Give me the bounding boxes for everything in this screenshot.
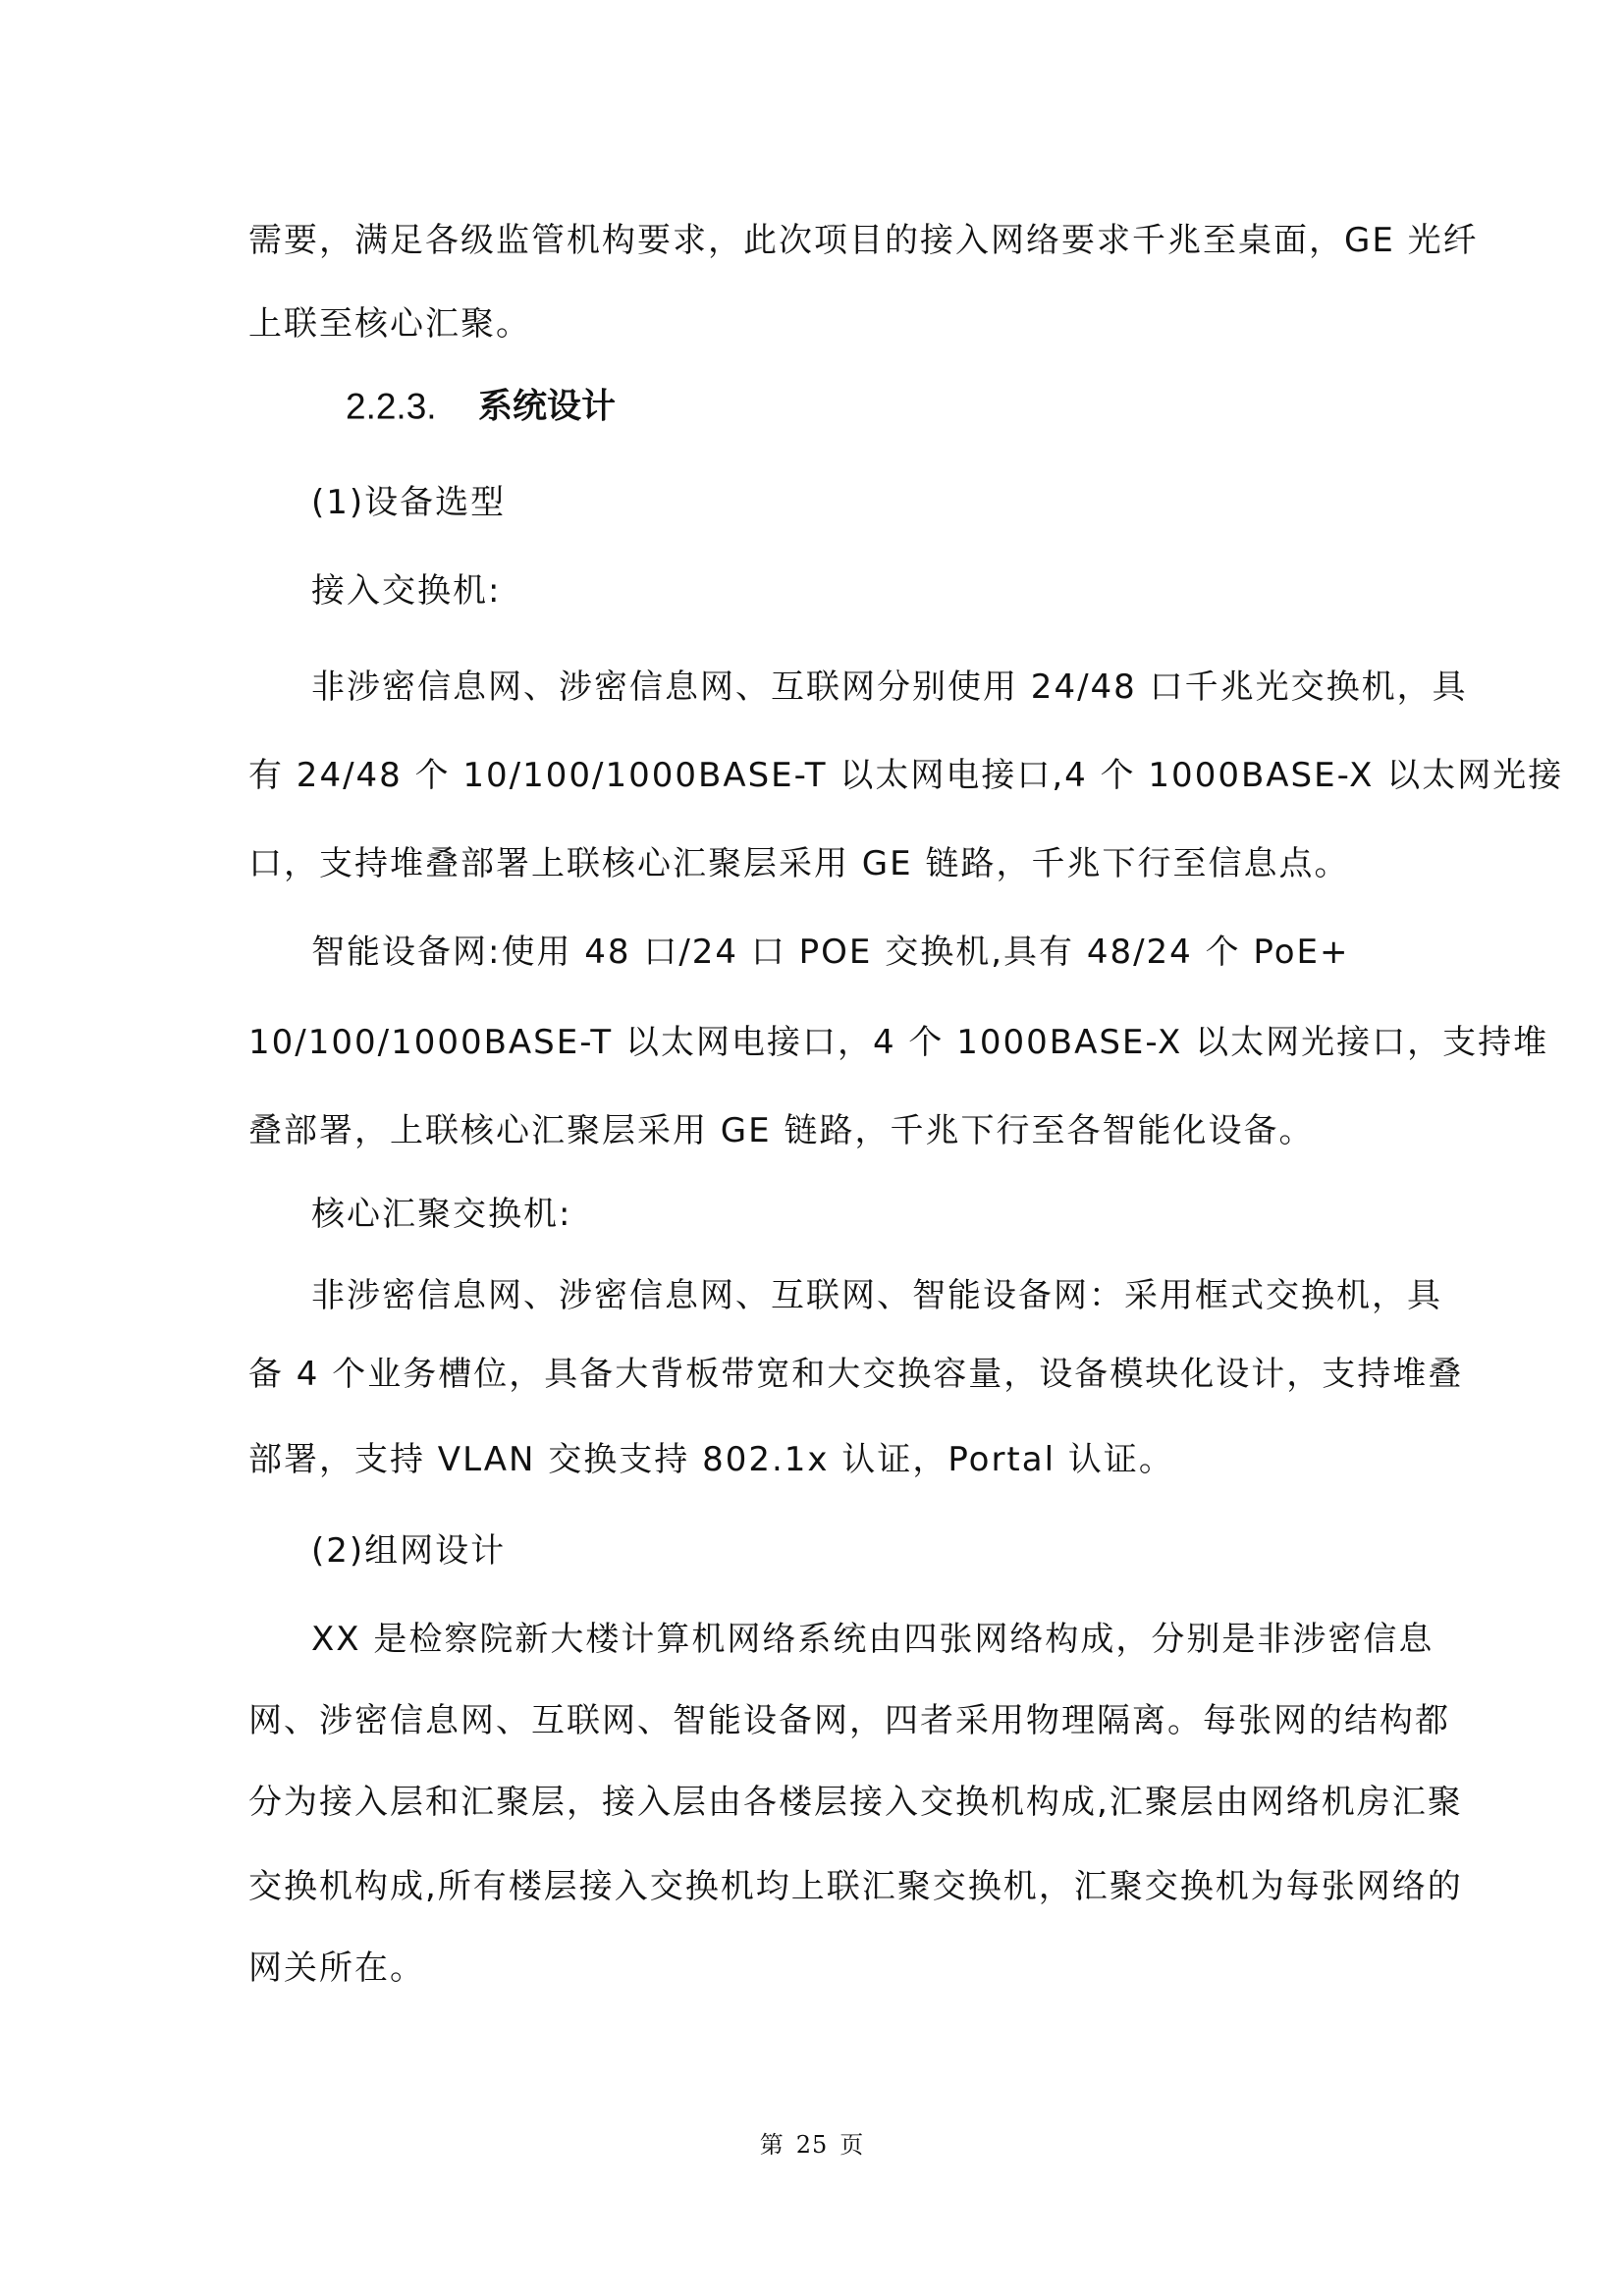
item-label: 接入交换机:	[311, 571, 501, 611]
body-line: 有 24/48 个 10/100/1000BASE-T 以太网电接口,4 个 1…	[248, 756, 1563, 795]
body-line: 10/100/1000BASE-T 以太网电接口，4 个 1000BASE-X …	[248, 1023, 1548, 1062]
body-line: 智能设备网:使用 48 口/24 口 POE 交换机,具有 48/24 个 Po…	[311, 933, 1350, 972]
body-line: 非涉密信息网、涉密信息网、互联网分别使用 24/48 口千兆光交换机，具	[311, 667, 1468, 707]
body-line: XX 是检察院新大楼计算机网络系统由四张网络构成，分别是非涉密信息	[311, 1620, 1434, 1659]
page-footer: 第25页	[754, 2130, 871, 2160]
page-number: 25	[796, 2131, 829, 2159]
body-line: 部署，支持 VLAN 交换支持 802.1x 认证，Portal 认证。	[248, 1440, 1174, 1479]
body-line: 上联至核心汇聚。	[248, 304, 531, 344]
page-suffix: 页	[839, 2131, 864, 2159]
body-line: 备 4 个业务槽位，具备大背板带宽和大交换容量，设备模块化设计，支持堆叠	[248, 1355, 1463, 1394]
body-line: 叠部署，上联核心汇聚层采用 GE 链路，千兆下行至各智能化设备。	[248, 1111, 1314, 1150]
body-line: 非涉密信息网、涉密信息网、互联网、智能设备网：采用框式交换机，具	[311, 1276, 1442, 1315]
body-line: 交换机构成,所有楼层接入交换机均上联汇聚交换机，汇聚交换机为每张网络的	[248, 1867, 1463, 1906]
body-line: 口，支持堆叠部署上联核心汇聚层采用 GE 链路，千兆下行至信息点。	[248, 844, 1349, 883]
body-line: 网、涉密信息网、互联网、智能设备网，四者采用物理隔离。每张网的结构都	[248, 1701, 1450, 1740]
section-heading: 2.2.3. 系统设计	[346, 388, 437, 428]
subsection-label: (1)设备选型	[311, 483, 506, 522]
item-label: 核心汇聚交换机:	[311, 1195, 571, 1234]
section-title: 系统设计	[478, 388, 616, 427]
subsection-label: (2)组网设计	[311, 1531, 506, 1571]
page-prefix: 第	[760, 2131, 785, 2159]
body-line: 分为接入层和汇聚层，接入层由各楼层接入交换机构成,汇聚层由网络机房汇聚	[248, 1783, 1463, 1822]
section-number: 2.2.3.	[346, 387, 437, 427]
body-line: 网关所在。	[248, 1949, 425, 1988]
body-line: 需要，满足各级监管机构要求，此次项目的接入网络要求千兆至桌面，GE 光纤	[248, 221, 1479, 260]
